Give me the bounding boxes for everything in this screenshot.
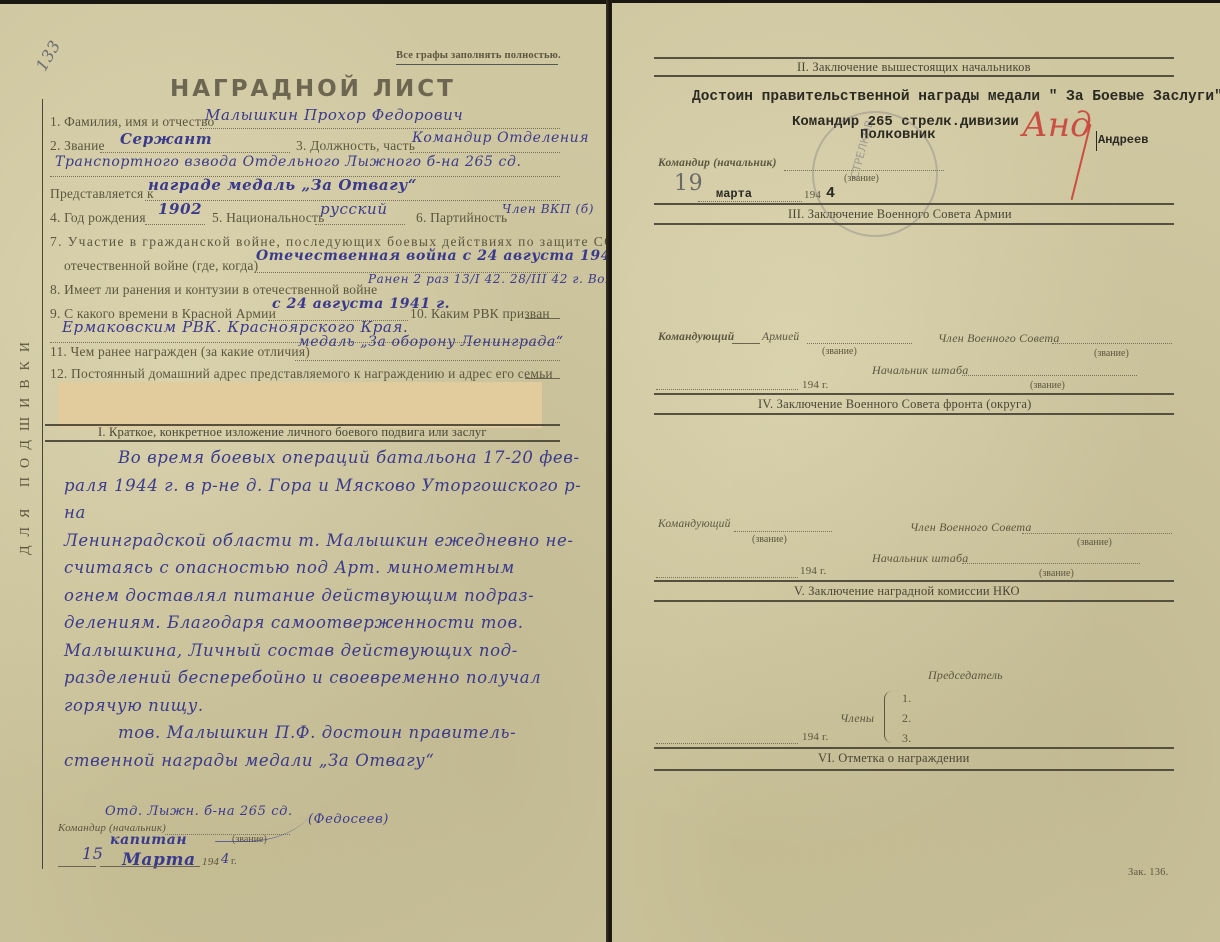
s3-member-label: Член Военного Совета bbox=[938, 331, 1060, 346]
date-year-suffix: г. bbox=[231, 856, 237, 867]
date-year-digit: 4 bbox=[221, 852, 230, 867]
binding-margin-label: ДЛЯ ПОДШИВКИ bbox=[18, 324, 38, 564]
section-divider bbox=[654, 580, 1174, 582]
narrative-line: раля 1944 г. в р-не д. Гора и Мясково Ут… bbox=[64, 472, 600, 527]
section-6-title: VI. Отметка о награждении bbox=[818, 751, 970, 766]
section-2-year-digit: 4 bbox=[826, 185, 835, 202]
field-line bbox=[145, 224, 205, 225]
field-previous-awards-value: медаль „За оборону Ленинграда“ bbox=[298, 334, 564, 350]
signature-line bbox=[962, 563, 1140, 564]
section-2-day: 19 bbox=[674, 171, 703, 196]
s5-members-label: Члены bbox=[840, 711, 874, 726]
s5-member-3: 3. bbox=[902, 731, 911, 746]
page-title: НАГРАДНОЙ ЛИСТ bbox=[170, 76, 456, 102]
narrative-line: тов. Малышкин П.Ф. достоин правитель- bbox=[70, 719, 600, 747]
s4-member-rank-hint: (звание) bbox=[1077, 537, 1112, 548]
section-3-title: III. Заключение Военного Совета Армии bbox=[788, 207, 1012, 222]
bracket bbox=[1096, 131, 1097, 151]
field-line bbox=[295, 360, 560, 361]
field-presented-label: Представляется к bbox=[50, 186, 154, 202]
field-position-value: Командир Отделения bbox=[412, 130, 589, 146]
field-line bbox=[410, 152, 560, 153]
signature-line bbox=[1052, 343, 1172, 344]
field-position-value-continued: Транспортного взвода Отдельного Лыжного … bbox=[55, 154, 522, 170]
section-2-title: II. Заключение вышестоящих начальников bbox=[797, 60, 1031, 75]
section-divider bbox=[654, 769, 1174, 771]
s4-chief-label: Начальник штаба bbox=[872, 551, 968, 566]
award-sheet-front-page: 133 ДЛЯ ПОДШИВКИ Все графы заполнять пол… bbox=[0, 0, 608, 942]
field-line bbox=[315, 224, 405, 225]
signature-line bbox=[784, 170, 944, 171]
section-1-title: I. Краткое, конкретное изложение личного… bbox=[98, 425, 487, 440]
merit-narrative: Во время боевых операций батальона 17-20… bbox=[70, 444, 600, 774]
field-party-value: Член ВКП (б) bbox=[502, 202, 594, 216]
s3-rank-hint: (звание) bbox=[822, 346, 857, 357]
binding-margin-line bbox=[42, 99, 43, 869]
s3-chief-rank-hint: (звание) bbox=[1030, 380, 1065, 391]
section-divider bbox=[654, 57, 1174, 59]
field-nationality-value: русский bbox=[320, 200, 388, 218]
date-line bbox=[58, 866, 96, 867]
section-divider bbox=[654, 600, 1174, 602]
s3-chief-label: Начальник штаба bbox=[872, 363, 968, 378]
field-name-label: 1. Фамилия, имя и отчество bbox=[50, 114, 215, 130]
section-divider bbox=[654, 203, 1174, 205]
date-line bbox=[656, 577, 798, 578]
narrative-line: считаясь с опасностью под Арт. минометны… bbox=[64, 554, 600, 582]
section-divider bbox=[654, 393, 1174, 395]
fill-instruction: Все графы заполнять полностью. bbox=[396, 50, 561, 61]
section-divider bbox=[45, 440, 560, 442]
field-previous-awards-label: 11. Чем ранее награжден (за какие отличи… bbox=[50, 344, 310, 360]
field-line bbox=[100, 152, 290, 153]
field-presented-value: награде медаль „За Отвагу“ bbox=[148, 176, 417, 194]
s4-member-label: Член Военного Совета bbox=[910, 520, 1032, 535]
narrative-line: Во время боевых операций батальона 17-20… bbox=[70, 444, 600, 472]
signature-line bbox=[734, 531, 832, 532]
red-signature: Анд bbox=[1022, 105, 1092, 145]
handwritten-signature bbox=[215, 796, 322, 842]
s5-member-2: 2. bbox=[902, 711, 911, 726]
field-birth-year-label: 4. Год рождения bbox=[50, 210, 146, 226]
s5-chairman-label: Председатель bbox=[928, 668, 1003, 683]
members-brace bbox=[884, 691, 892, 743]
signature-line bbox=[962, 375, 1137, 376]
field-rank-label: 2. Звание bbox=[50, 138, 105, 154]
section-2-name: Андреев bbox=[1098, 133, 1148, 147]
narrative-line: огнем доставлял питание действующим подр… bbox=[64, 582, 600, 610]
archive-number: 133 bbox=[32, 37, 65, 75]
section-2-rank-hint: (звание) bbox=[844, 173, 879, 184]
section-5-title: V. Заключение наградной комиссии НКО bbox=[794, 584, 1020, 599]
date-month: Марта bbox=[122, 850, 196, 870]
section-divider bbox=[654, 413, 1174, 415]
field-line bbox=[525, 378, 560, 379]
signature-line bbox=[807, 343, 912, 344]
section-2-sign-label: Командир (начальник) bbox=[658, 157, 777, 169]
instruction-underline bbox=[396, 64, 558, 65]
s4-rank-hint: (звание) bbox=[752, 534, 787, 545]
s4-date: 194 г. bbox=[800, 565, 826, 577]
field-line bbox=[200, 128, 560, 129]
signature-rank: капитан bbox=[110, 832, 187, 848]
field-nationality-label: 5. Национальность bbox=[212, 210, 324, 226]
field-war-participation-label-2: отечественной войне (где, когда) bbox=[64, 258, 258, 274]
date-line bbox=[656, 743, 798, 744]
section-divider bbox=[654, 75, 1174, 77]
narrative-line: делениям. Благодаря самоотверженности то… bbox=[64, 609, 600, 637]
section-divider bbox=[654, 223, 1174, 225]
s3-date: 194 г. bbox=[802, 379, 828, 391]
s3-member-rank-hint: (звание) bbox=[1094, 348, 1129, 359]
section-2-month: марта bbox=[716, 187, 752, 201]
s4-commander-label: Командующий bbox=[658, 518, 731, 530]
narrative-line: ственной награды медали „За Отвагу“ bbox=[64, 747, 600, 775]
s3-army-label: Армией bbox=[762, 331, 799, 343]
s5-date: 194 г. bbox=[802, 731, 828, 743]
s5-member-1: 1. bbox=[902, 691, 911, 706]
narrative-line: горячую пищу. bbox=[64, 692, 600, 720]
s3-commander-label: Командующий bbox=[658, 331, 734, 343]
section-2-conclusion: Достоин правительственной награды медали… bbox=[692, 89, 1220, 105]
field-address-label: 12. Постоянный домашний адрес представля… bbox=[50, 366, 553, 382]
s4-chief-rank-hint: (звание) bbox=[1039, 568, 1074, 579]
award-sheet-back-page: II. Заключение вышестоящих начальников Д… bbox=[612, 0, 1220, 942]
date-line bbox=[100, 866, 200, 867]
signature-line bbox=[1022, 533, 1172, 534]
section-4-title: IV. Заключение Военного Совета фронта (о… bbox=[758, 397, 1032, 412]
narrative-line: Малышкина, Личный состав действующих под… bbox=[64, 637, 600, 665]
date-day: 15 bbox=[82, 844, 104, 863]
field-rank-value: Сержант bbox=[120, 130, 212, 148]
date-year-prefix: 194 bbox=[202, 856, 219, 868]
field-party-label: 6. Партийность bbox=[416, 210, 507, 226]
print-order-number: Зак. 136. bbox=[1128, 867, 1168, 878]
field-position-label: 3. Должность, часть bbox=[296, 138, 415, 154]
redacted-address bbox=[58, 382, 542, 428]
field-name-value: Малышкин Прохор Федорович bbox=[205, 106, 463, 124]
narrative-line: разделений бесперебойно и своевременно п… bbox=[64, 664, 600, 692]
date-line bbox=[656, 389, 798, 390]
field-line bbox=[525, 318, 560, 319]
signature-line bbox=[732, 343, 760, 344]
field-draft-office-label: 10. Каким РВК призван bbox=[410, 306, 550, 322]
field-birth-year-value: 1902 bbox=[158, 200, 202, 218]
field-war-participation-value: Отечественная война с 24 августа 1941 г. bbox=[256, 248, 641, 264]
section-divider bbox=[654, 747, 1174, 749]
signature-name: (Федосеев) bbox=[308, 812, 389, 827]
narrative-line: Ленинградской области т. Малышкин ежедне… bbox=[64, 527, 600, 555]
date-line bbox=[698, 201, 802, 202]
section-2-year-prefix: 194 bbox=[804, 189, 821, 201]
